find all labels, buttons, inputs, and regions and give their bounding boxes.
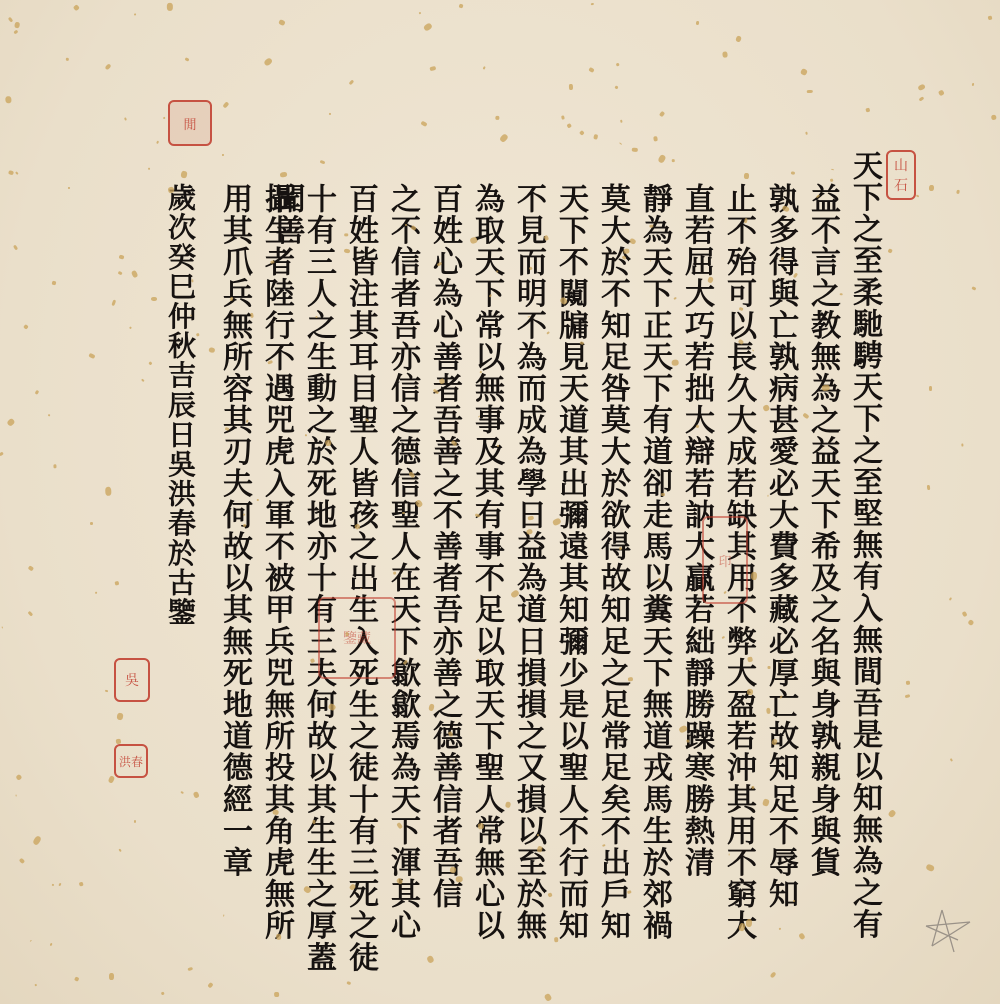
- gold-fleck: [967, 619, 974, 626]
- calligraphy-column-11: 百姓心為心善者吾善之不善者吾亦善之德善信者吾信: [426, 183, 460, 910]
- gold-fleck: [800, 68, 808, 76]
- gold-fleck: [593, 134, 598, 140]
- gold-fleck: [78, 882, 83, 887]
- gold-fleck: [619, 142, 622, 145]
- calligraphy-column-15: 攝生者陸行不遇兕虎入軍不被甲兵兕無所投其角虎無所: [258, 183, 292, 941]
- gold-fleck: [257, 499, 259, 501]
- seal-style-name: 洪春: [114, 744, 148, 778]
- gold-fleck: [263, 57, 273, 67]
- gold-fleck: [222, 101, 229, 108]
- gold-fleck: [118, 271, 123, 275]
- gold-fleck: [741, 458, 743, 460]
- gold-fleck: [426, 955, 435, 964]
- calligraphy-column-1: 天下之至柔馳騁天下之至堅無有入無間吾是以知無為之有: [846, 150, 880, 940]
- gold-fleck: [547, 331, 550, 334]
- gold-fleck: [620, 120, 623, 123]
- gold-fleck: [278, 19, 285, 26]
- gold-fleck: [887, 248, 892, 254]
- gold-fleck: [925, 863, 935, 872]
- gold-fleck: [161, 992, 165, 996]
- gold-fleck: [207, 982, 213, 988]
- gold-fleck: [496, 271, 499, 273]
- gold-fleck: [149, 168, 151, 170]
- gold-fleck: [439, 378, 445, 384]
- gold-fleck: [196, 333, 200, 337]
- calligraphy-column-6: 靜為天下正天下有道卻走馬以糞天下無道戎馬生於郊禍: [636, 183, 670, 941]
- gold-fleck: [614, 85, 618, 89]
- gold-fleck: [193, 791, 200, 798]
- gold-fleck: [346, 981, 351, 986]
- gold-fleck: [130, 326, 132, 328]
- gold-fleck: [830, 179, 834, 183]
- gold-fleck: [117, 713, 124, 721]
- gold-fleck: [222, 154, 224, 156]
- gold-fleck: [495, 116, 499, 121]
- gold-fleck: [972, 83, 975, 86]
- calligraphy-column-13: 百姓皆注其耳目聖人皆孩之出生入死生之徒十有三死之徒: [342, 183, 376, 973]
- gold-fleck: [906, 680, 910, 684]
- gold-fleck: [657, 154, 666, 164]
- gold-fleck: [991, 115, 997, 121]
- gold-fleck: [420, 120, 427, 126]
- gold-fleck: [8, 170, 14, 175]
- gold-fleck: [566, 124, 572, 129]
- gold-fleck: [124, 117, 127, 120]
- gold-fleck: [180, 791, 184, 794]
- gold-fleck: [805, 132, 808, 135]
- calligraphy-column-10: 為取天下常以無事及其有事不足以取天下聖人常無心以: [468, 183, 502, 941]
- gold-fleck: [672, 159, 675, 162]
- calligraphy-column-2: 益不言之教無為之益天下希及之名與身孰親身與貨: [804, 183, 838, 878]
- gold-fleck: [418, 11, 421, 14]
- gold-fleck: [119, 848, 122, 852]
- gold-fleck: [163, 116, 166, 119]
- gold-fleck: [134, 820, 136, 823]
- gold-fleck: [114, 581, 119, 585]
- gold-fleck: [14, 22, 20, 29]
- gold-fleck: [661, 493, 665, 496]
- gold-fleck: [107, 776, 114, 784]
- gold-fleck: [483, 66, 486, 69]
- gold-fleck: [887, 809, 896, 818]
- gold-fleck: [151, 297, 157, 302]
- gold-fleck: [456, 876, 464, 883]
- seal-top-left: 閒: [168, 100, 212, 146]
- gold-fleck: [89, 353, 96, 359]
- gold-fleck: [13, 245, 18, 251]
- gold-fleck: [628, 677, 633, 682]
- gold-fleck: [561, 115, 565, 119]
- gold-fleck: [35, 984, 37, 986]
- gold-fleck: [751, 572, 757, 580]
- gold-fleck: [660, 111, 666, 117]
- gold-fleck: [961, 611, 967, 617]
- calligraphy-column-14: 十有三人之生動之於死地亦十有三夫何故以其生生之厚蓋聞善: [300, 183, 334, 1004]
- gold-fleck: [750, 785, 754, 789]
- gold-fleck: [790, 171, 795, 175]
- gold-fleck: [423, 23, 433, 32]
- gold-fleck: [588, 67, 594, 73]
- gold-fleck: [458, 3, 463, 8]
- calligraphy-paper: 天下之至柔馳騁天下之至堅無有入無間吾是以知無為之有 益不言之教無為之益天下希及之…: [0, 0, 1000, 1004]
- gold-fleck: [16, 794, 17, 796]
- gold-fleck: [744, 173, 749, 179]
- gold-fleck: [90, 522, 93, 525]
- gold-fleck: [52, 884, 55, 886]
- gold-fleck: [653, 136, 658, 142]
- gold-fleck: [950, 758, 953, 761]
- gold-fleck: [961, 443, 963, 446]
- gold-fleck: [767, 495, 769, 497]
- gold-fleck: [929, 185, 934, 191]
- gold-fleck: [329, 113, 332, 115]
- gold-fleck: [109, 973, 114, 980]
- gold-fleck: [13, 29, 18, 34]
- gold-fleck: [275, 934, 281, 940]
- gold-fleck: [918, 84, 927, 92]
- gold-fleck: [167, 3, 173, 11]
- gold-fleck: [15, 171, 18, 174]
- gold-fleck: [779, 928, 782, 931]
- gold-fleck: [75, 976, 80, 981]
- gold-fleck: [181, 171, 188, 179]
- gold-fleck: [53, 464, 56, 468]
- gold-fleck: [345, 233, 349, 236]
- star-watermark-icon: [918, 904, 978, 964]
- gold-fleck: [722, 51, 728, 57]
- gold-fleck: [807, 90, 813, 93]
- gold-fleck: [52, 280, 57, 285]
- gold-fleck: [105, 486, 112, 495]
- gold-fleck: [208, 347, 215, 353]
- gold-fleck: [405, 224, 407, 226]
- gold-fleck: [28, 565, 34, 571]
- seal-top-right: 山石: [886, 150, 916, 200]
- gold-fleck: [73, 4, 80, 11]
- gold-fleck: [95, 592, 97, 594]
- calligraphy-column-9: 不見而明不為而成為學日益為道日損損之又損以至於無: [510, 183, 544, 941]
- gold-fleck: [938, 89, 945, 96]
- gold-fleck: [927, 485, 931, 490]
- gold-fleck: [279, 172, 287, 178]
- gold-fleck: [156, 140, 159, 144]
- gold-fleck: [830, 169, 833, 171]
- gold-fleck: [188, 967, 193, 972]
- calligraphy-column-8: 天下不闚牖見天道其出彌遠其知彌少是以聖人不行而知: [552, 183, 586, 941]
- gold-fleck: [591, 3, 594, 6]
- gold-fleck: [273, 992, 278, 997]
- gold-fleck: [579, 131, 584, 136]
- calligraphy-column-16: 用其爪兵無所容其刃夫何故以其無死地道德經一章: [216, 183, 250, 878]
- gold-fleck: [148, 361, 152, 365]
- gold-fleck: [553, 937, 558, 942]
- gold-fleck: [915, 194, 919, 198]
- gold-fleck: [68, 187, 70, 189]
- gold-fleck: [671, 359, 679, 366]
- gold-fleck: [735, 36, 742, 44]
- gold-fleck: [223, 915, 224, 917]
- gold-fleck: [543, 234, 548, 240]
- gold-fleck: [6, 417, 15, 426]
- gold-fleck: [949, 597, 952, 601]
- gold-fleck: [119, 254, 125, 260]
- gold-fleck: [50, 943, 53, 947]
- gold-fleck: [988, 15, 993, 20]
- gold-fleck: [430, 67, 437, 72]
- seal-name: 吳: [114, 658, 150, 702]
- gold-fleck: [316, 316, 318, 318]
- gold-fleck: [497, 445, 499, 447]
- calligraphy-column-7: 莫大於不知足咎莫大於欲得故知足之足常足矣不出戶知: [594, 183, 628, 941]
- gold-fleck: [569, 84, 573, 90]
- gold-fleck: [272, 809, 279, 815]
- gold-fleck: [32, 835, 42, 846]
- gold-fleck: [141, 379, 144, 382]
- gold-fleck: [798, 933, 805, 941]
- gold-fleck: [35, 389, 39, 394]
- gold-fleck: [956, 189, 960, 193]
- gold-fleck: [66, 58, 69, 61]
- gold-fleck: [18, 858, 24, 864]
- gold-fleck: [865, 107, 870, 112]
- gold-fleck: [918, 96, 924, 102]
- gold-fleck: [0, 452, 4, 456]
- gold-fleck: [1, 626, 3, 629]
- gold-fleck: [632, 148, 638, 153]
- gold-fleck: [105, 690, 109, 693]
- gold-fleck: [349, 79, 355, 85]
- gold-fleck: [739, 307, 743, 311]
- gold-fleck: [7, 17, 12, 23]
- gold-fleck: [5, 96, 12, 104]
- gold-fleck: [131, 271, 139, 279]
- signature-column: 歲次癸巳仲秋吉辰日吳洪春於古鑒: [162, 183, 196, 627]
- gold-fleck: [544, 993, 553, 1002]
- gold-fleck: [615, 63, 619, 67]
- gold-fleck: [769, 971, 776, 979]
- gold-fleck: [696, 21, 700, 26]
- gold-fleck: [929, 386, 932, 391]
- gold-fleck: [15, 774, 22, 781]
- gold-fleck: [133, 12, 136, 15]
- gold-fleck: [499, 133, 508, 143]
- gold-fleck: [768, 666, 771, 669]
- gold-fleck: [104, 63, 111, 70]
- gold-fleck: [58, 883, 61, 886]
- gold-fleck: [673, 297, 677, 301]
- gold-fleck: [320, 160, 325, 165]
- gold-fleck: [249, 313, 253, 318]
- gold-fleck: [905, 694, 910, 699]
- seal-center: 鑒藏: [318, 597, 396, 679]
- gold-fleck: [479, 371, 481, 373]
- gold-fleck: [185, 57, 190, 62]
- gold-fleck: [23, 324, 29, 330]
- gold-fleck: [30, 940, 32, 942]
- gold-fleck: [972, 286, 977, 290]
- gold-fleck: [47, 414, 50, 417]
- gold-fleck: [28, 610, 33, 615]
- gold-fleck: [111, 300, 116, 306]
